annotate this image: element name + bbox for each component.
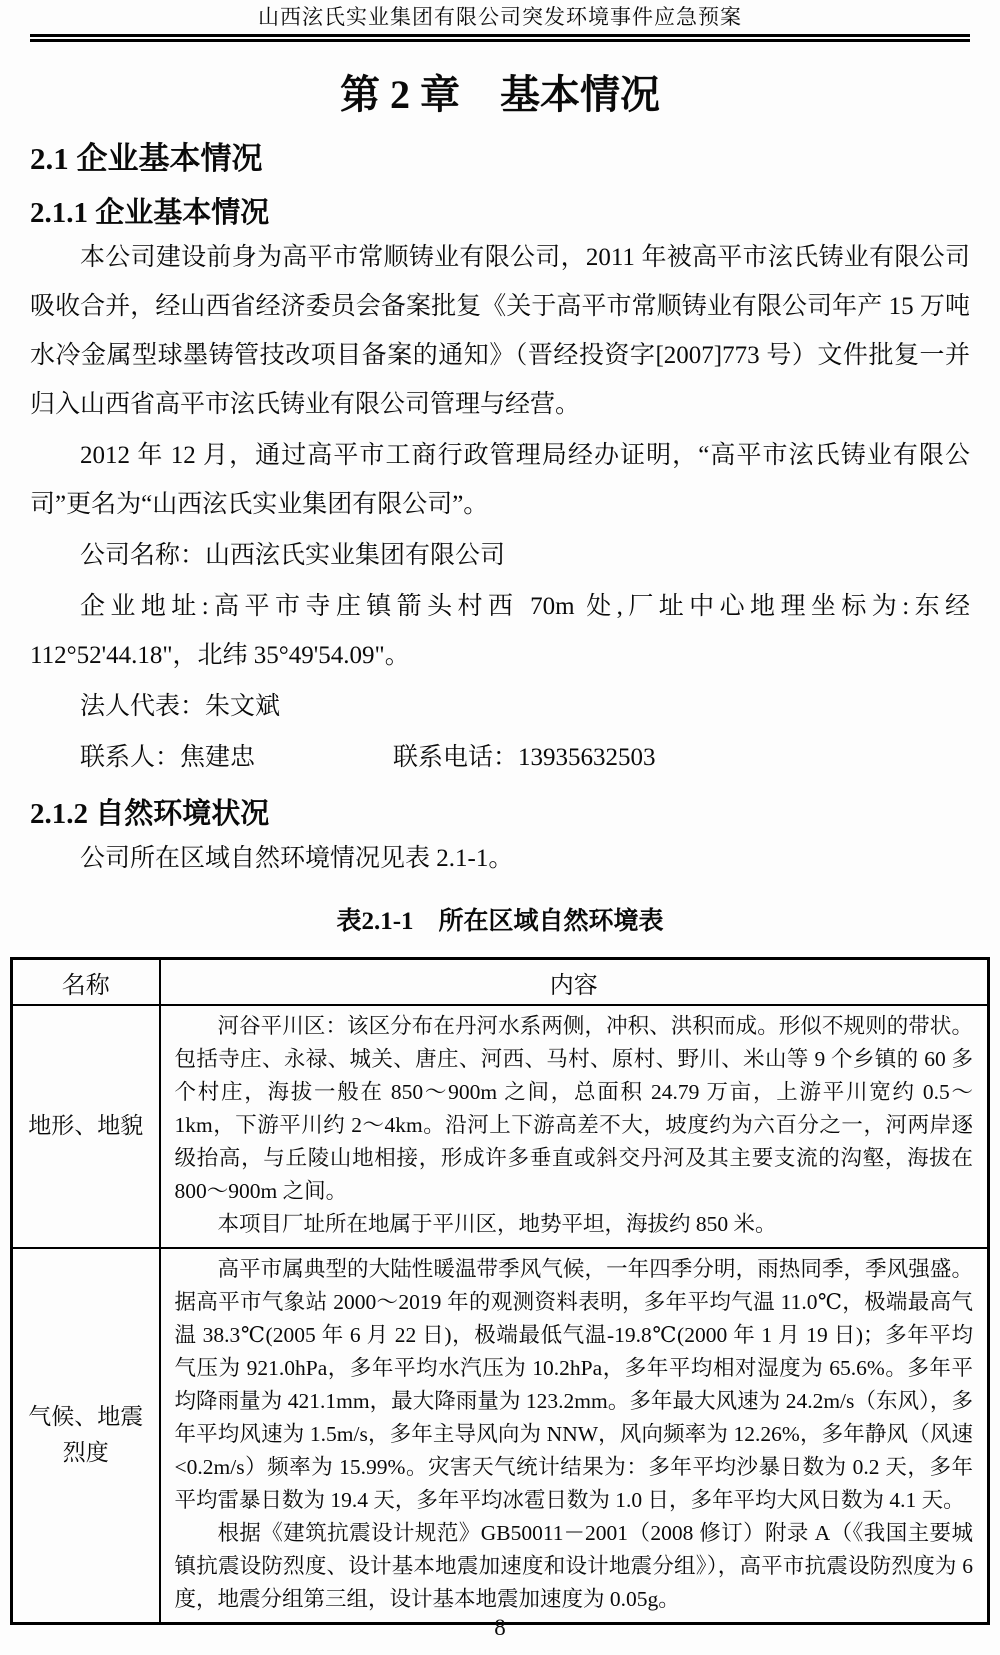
row-label-climate: 气候、地震烈度 [12, 1248, 160, 1624]
header-double-rule [30, 34, 970, 42]
page-number: 8 [0, 1615, 1000, 1641]
document-body: 第 2 章 基本情况 2.1 企业基本情况 2.1.1 企业基本情况 本公司建设… [0, 68, 1000, 1625]
cell-paragraph: 河谷平川区：该区分布在丹河水系两侧，冲积、洪积而成。形似不规则的带状。包括寺庄、… [175, 1010, 974, 1208]
legal-representative-line: 法人代表：朱文斌 [30, 682, 970, 731]
chapter-title: 第 2 章 基本情况 [30, 68, 970, 122]
contact-phone: 联系电话：13935632503 [343, 733, 656, 782]
table-header-row: 名称 内容 [12, 959, 989, 1005]
cell-paragraph: 高平市属典型的大陆性暖温带季风气候，一年四季分明，雨热同季，季风强盛。据高平市气… [175, 1253, 974, 1517]
contact-person: 联系人：焦建忠 [80, 744, 255, 771]
cell-paragraph: 根据《建筑抗震设计规范》GB50011－2001（2008 修订）附录 A（《我… [175, 1517, 974, 1616]
environment-intro-line: 公司所在区域自然环境情况见表 2.1-1。 [30, 834, 970, 883]
row-content-terrain: 河谷平川区：该区分布在丹河水系两侧，冲积、洪积而成。形似不规则的带状。包括寺庄、… [160, 1005, 989, 1248]
table-row-terrain: 地形、地貌 河谷平川区：该区分布在丹河水系两侧，冲积、洪积而成。形似不规则的带状… [12, 1005, 989, 1248]
table-header-content: 内容 [160, 959, 989, 1005]
contact-line: 联系人：焦建忠联系电话：13935632503 [30, 733, 970, 782]
section-heading-2-1-1: 2.1.1 企业基本情况 [30, 195, 970, 231]
table-row-climate: 气候、地震烈度 高平市属典型的大陆性暖温带季风气候，一年四季分明，雨热同季，季风… [12, 1248, 989, 1624]
row-content-climate: 高平市属典型的大陆性暖温带季风气候，一年四季分明，雨热同季，季风强盛。据高平市气… [160, 1248, 989, 1624]
natural-environment-table: 名称 内容 地形、地貌 河谷平川区：该区分布在丹河水系两侧，冲积、洪积而成。形似… [10, 957, 990, 1625]
company-history-paragraph-2: 2012 年 12 月，通过高平市工商行政管理局经办证明，“高平市泫氏铸业有限公… [30, 431, 970, 529]
document-header-title: 山西泫氏实业集团有限公司突发环境事件应急预案 [0, 0, 1000, 30]
table-header-name: 名称 [12, 959, 160, 1005]
section-heading-2-1-2: 2.1.2 自然环境状况 [30, 796, 970, 832]
company-name-line: 公司名称：山西泫氏实业集团有限公司 [30, 531, 970, 580]
company-address-line: 企业地址:高平市寺庄镇箭头村西 70m 处,厂址中心地理坐标为:东经 112°5… [30, 582, 970, 680]
table-caption: 表2.1-1 所在区域自然环境表 [30, 901, 970, 937]
document-page: 山西泫氏实业集团有限公司突发环境事件应急预案 第 2 章 基本情况 2.1 企业… [0, 0, 1000, 1655]
company-history-paragraph-1: 本公司建设前身为高平市常顺铸业有限公司，2011 年被高平市泫氏铸业有限公司吸收… [30, 233, 970, 429]
section-heading-2-1: 2.1 企业基本情况 [30, 140, 970, 179]
cell-paragraph: 本项目厂址所在地属于平川区，地势平坦，海拔约 850 米。 [175, 1208, 974, 1241]
row-label-terrain: 地形、地貌 [12, 1005, 160, 1248]
